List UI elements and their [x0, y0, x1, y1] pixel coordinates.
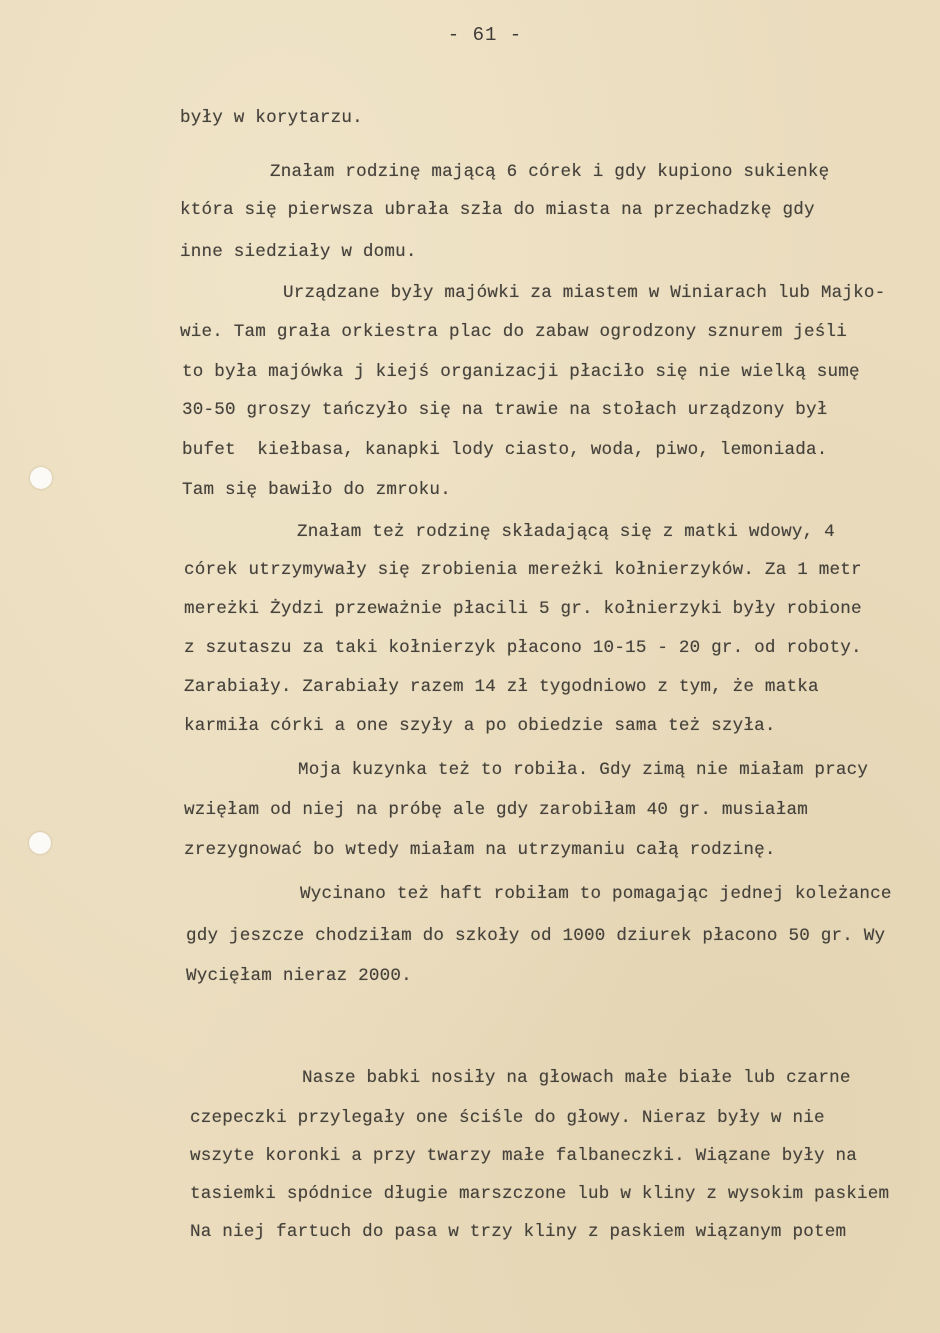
text-line: to była majówka j kiejś organizacji płac… [182, 362, 860, 382]
text-line: Wycinano też haft robiłam to pomagając j… [300, 884, 892, 904]
text-line: bufet kiełbasa, kanapki lody ciasto, wod… [182, 440, 827, 460]
text-line: córek utrzymywały się zrobienia mereżki … [184, 560, 862, 580]
text-line: Wycięłam nieraz 2000. [186, 966, 412, 986]
text-line: Nasze babki nosiły na głowach małe białe… [302, 1068, 851, 1088]
text-line: z szutaszu za taki kołnierzyk płacono 10… [184, 638, 862, 658]
punch-hole-top [30, 467, 52, 489]
text-line: gdy jeszcze chodziłam do szkoły od 1000 … [186, 926, 885, 946]
text-line: Na niej fartuch do pasa w trzy kliny z p… [190, 1222, 846, 1242]
text-line: Moja kuzynka też to robiła. Gdy zimą nie… [298, 760, 868, 780]
text-line: mereżki Żydzi przeważnie płacili 5 gr. k… [184, 599, 862, 619]
typewritten-page: - 61 - były w korytarzu. Znałam rodzinę … [0, 0, 940, 1333]
text-line: były w korytarzu. [180, 108, 363, 128]
text-line: tasiemki spódnice długie marszczone lub … [190, 1184, 889, 1204]
text-line: wzięłam od niej na próbę ale gdy zarobił… [184, 800, 808, 820]
text-line: czepeczki przylegały one ściśle do głowy… [190, 1108, 825, 1128]
text-line: która się pierwsza ubrała szła do miasta… [180, 200, 815, 220]
text-line: Znałam rodzinę mającą 6 córek i gdy kupi… [270, 162, 829, 182]
text-line: wszyte koronki a przy twarzy małe falban… [190, 1146, 857, 1166]
text-line: Urządzane były majówki za miastem w Wini… [283, 283, 885, 303]
text-line: Tam się bawiło do zmroku. [182, 480, 451, 500]
text-line: Zarabiały. Zarabiały razem 14 zł tygodni… [184, 677, 819, 697]
text-line: karmiła córki a one szyły a po obiedzie … [184, 716, 776, 736]
punch-hole-bottom [29, 832, 51, 854]
text-line: Znałam też rodzinę składającą się z matk… [297, 522, 835, 542]
text-line: 30-50 groszy tańczyło się na trawie na s… [182, 400, 827, 420]
text-line: wie. Tam grała orkiestra plac do zabaw o… [180, 322, 847, 342]
text-line: inne siedziały w domu. [180, 242, 417, 262]
page-number: - 61 - [0, 24, 940, 46]
text-line: zrezygnować bo wtedy miałam na utrzymani… [184, 840, 776, 860]
